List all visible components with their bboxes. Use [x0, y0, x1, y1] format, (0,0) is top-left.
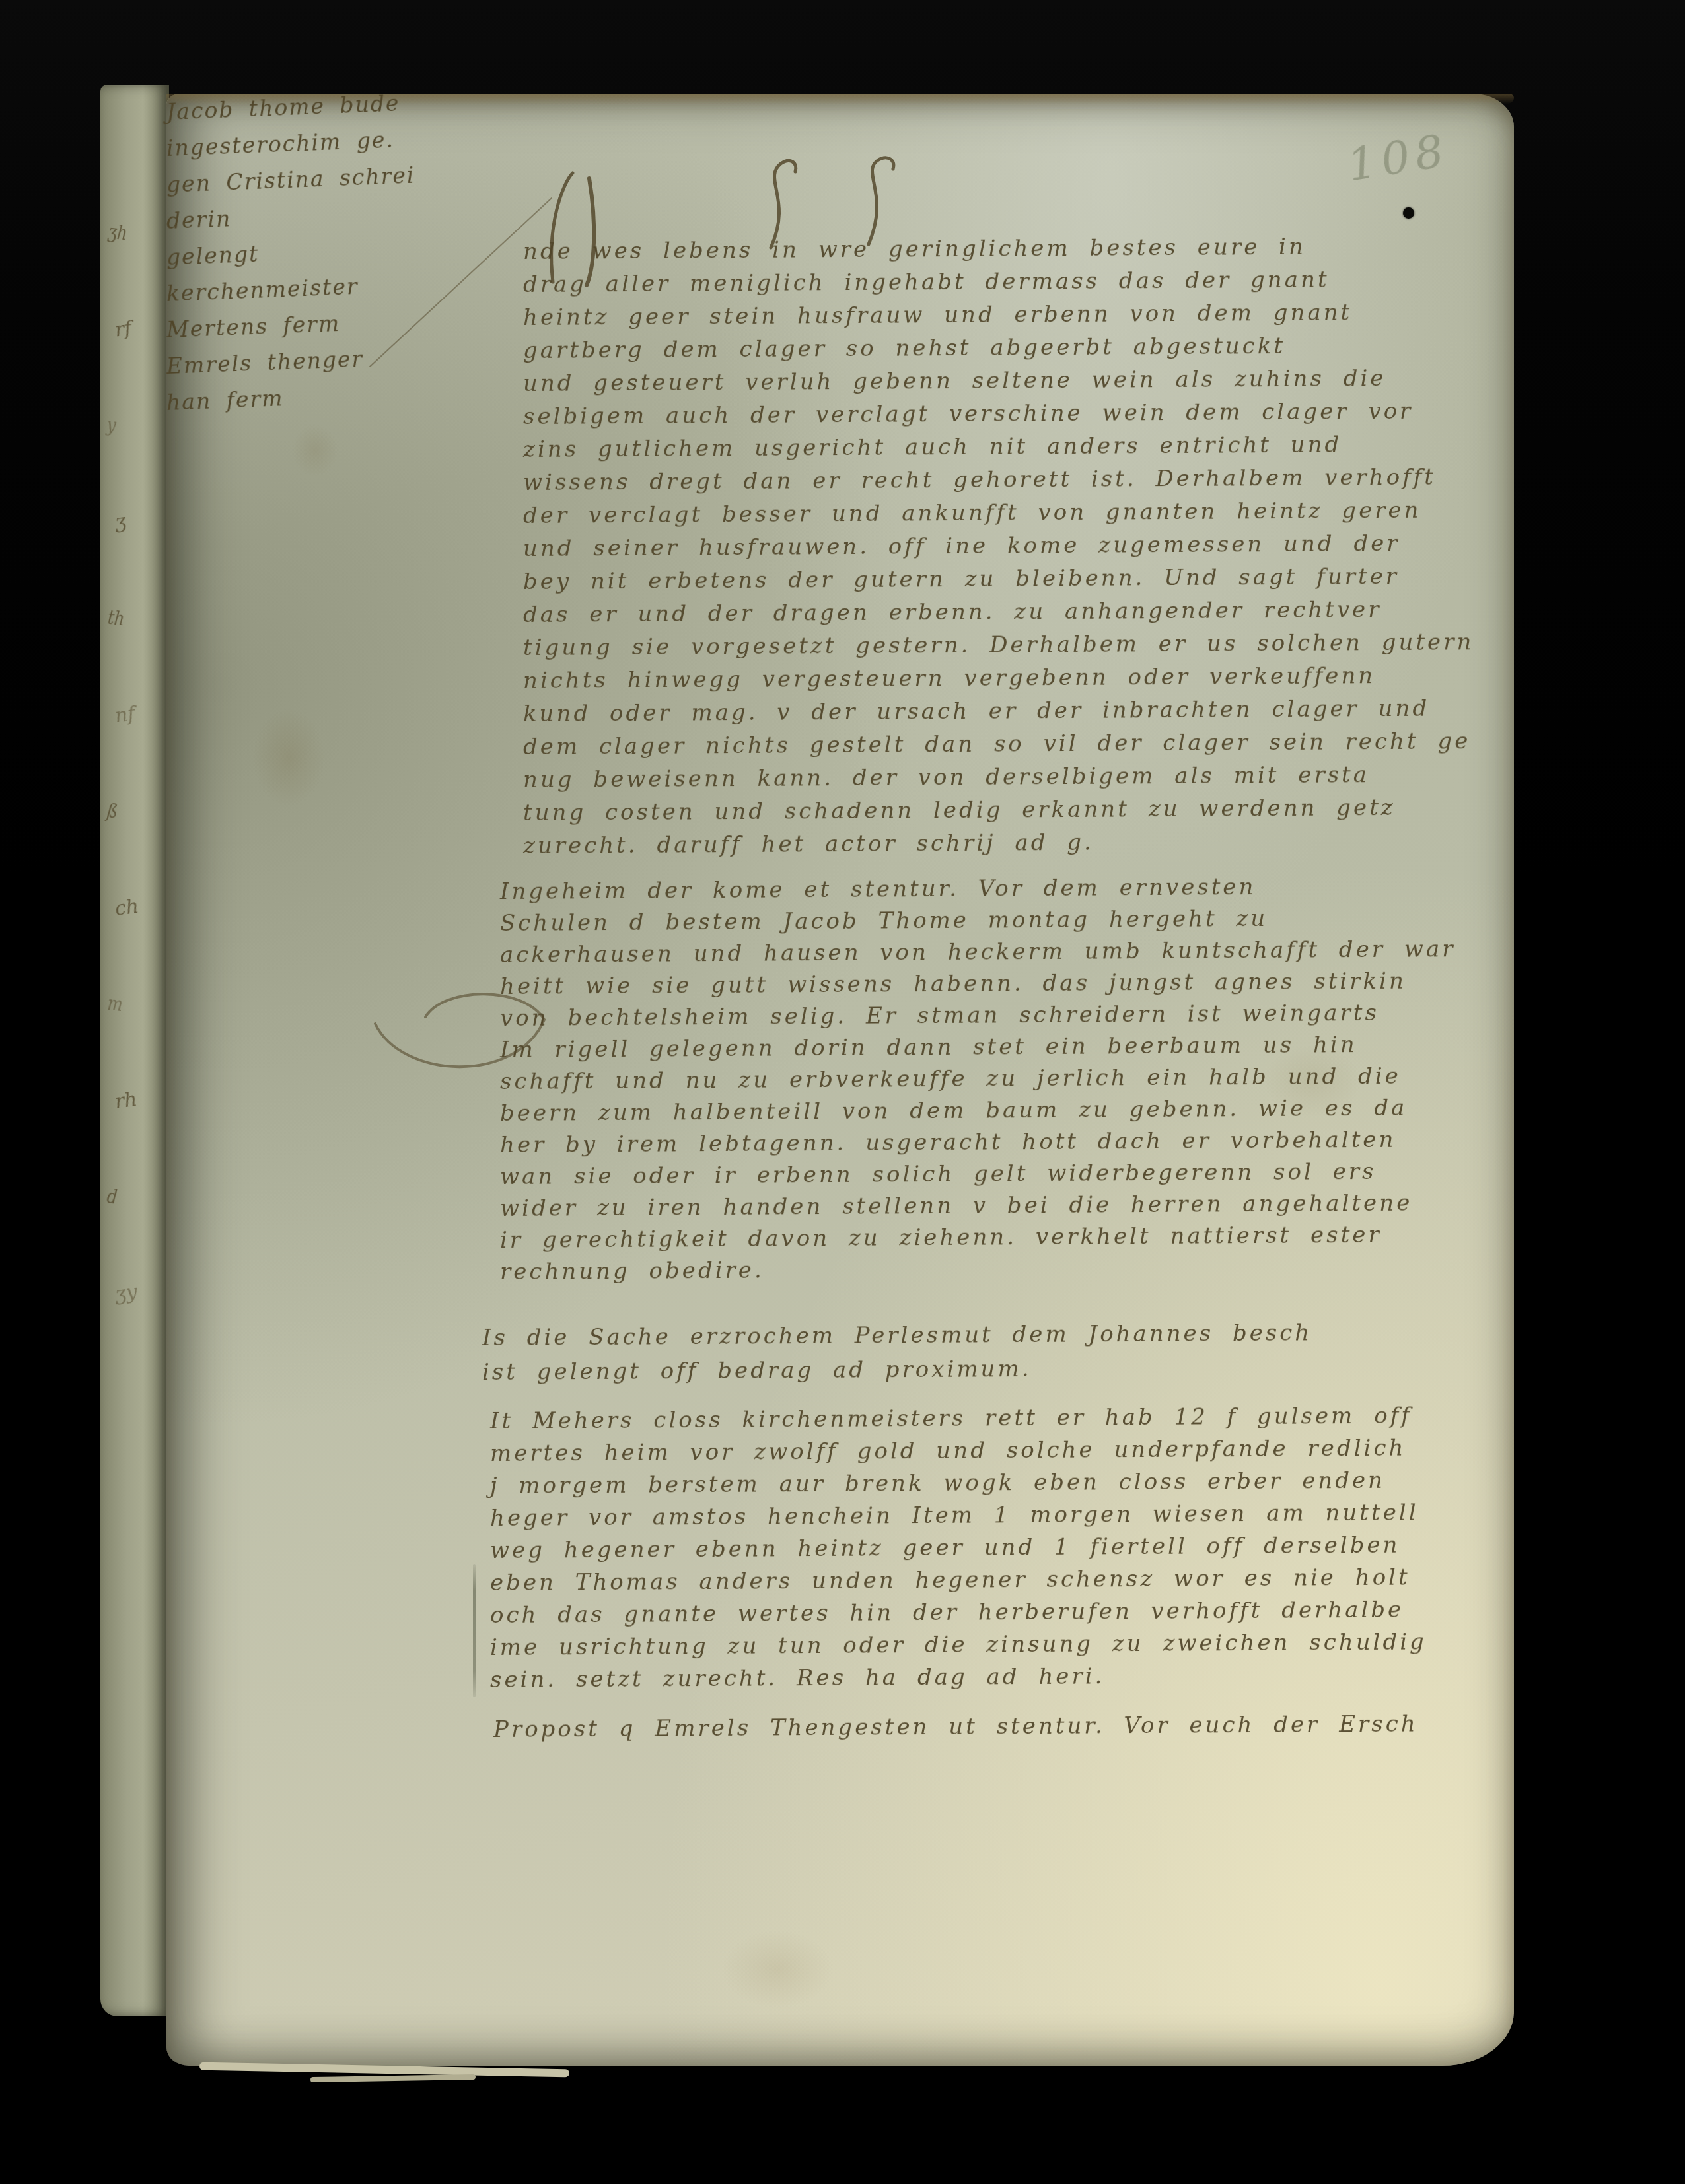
manuscript-line: och das gnante wertes hin der herberufen… — [490, 1594, 1427, 1632]
manuscript-line: It Mehers closs kirchenmeisters rett er … — [490, 1399, 1427, 1438]
manuscript-line: der verclagt besser und ankunfft von gna… — [523, 493, 1474, 532]
manuscript-line: tung costen und schadenn ledig erkannt z… — [523, 791, 1474, 829]
edge-writing-fragment: rf — [114, 318, 133, 340]
manuscript-line: Schulen d bestem Jacob Thome montag herg… — [500, 901, 1456, 939]
manuscript-line: bey nit erbetens der gutern zu bleibenn.… — [523, 559, 1474, 598]
manuscript-line: heitt wie sie gutt wissens habenn. das j… — [500, 965, 1456, 1003]
manuscript-line: wider zu iren handen stellenn v bei die … — [500, 1187, 1456, 1224]
manuscript-line: Is die Sache erzrochem Perlesmut dem Joh… — [482, 1316, 1312, 1355]
edge-writing-fragment: ʒy — [114, 1283, 139, 1305]
paper-stain — [252, 708, 325, 807]
manuscript-line: dem clager nichts gestelt dan so vil der… — [523, 724, 1474, 763]
edge-writing-fragment: ch — [114, 897, 140, 920]
manuscript-line: eben Thomas anders unden hegener schensz… — [490, 1561, 1427, 1600]
manuscript-line: wissens dregt dan er recht gehorett ist.… — [523, 460, 1474, 499]
manuscript-line: zurecht. daruff het actor schrij ad g. — [523, 824, 1474, 863]
manuscript-line: rechnung obedire. — [500, 1250, 1456, 1288]
scan-background: ʒhrfyʒthnfßchmrhdʒy 108 nde wes lebens i… — [0, 0, 1685, 2184]
manuscript-line: mertes heim vor zwolff gold und solche u… — [490, 1432, 1427, 1470]
paper-stain — [292, 424, 338, 477]
manuscript-line: weg hegener ebenn heintz geer und 1 fier… — [490, 1529, 1427, 1567]
edge-writing-fragment: m — [106, 994, 124, 1015]
manuscript-line: zins gutlichem usgericht auch nit anders… — [523, 427, 1474, 466]
manuscript-line: nug beweisenn kann. der von derselbigem … — [523, 757, 1474, 796]
facing-page-edge: ʒhrfyʒthnfßchmrhdʒy — [100, 85, 169, 2016]
manuscript-line: heger vor amstos henchein Item 1 morgen … — [490, 1497, 1427, 1535]
underlying-leaf-edge — [310, 2074, 476, 2082]
edge-writing-fragment: ß — [106, 801, 118, 822]
manuscript-line: und seiner husfrauwen. off ine kome zuge… — [523, 526, 1474, 565]
manuscript-line: ime usrichtung zu tun oder die zinsung z… — [490, 1626, 1427, 1664]
edge-writing-fragment: y — [106, 415, 117, 436]
edge-writing-fragment: ʒ — [114, 512, 127, 533]
graphite-margin-mark — [473, 1564, 476, 1697]
manuscript-line: beern zum halbenteill von dem baum zu ge… — [500, 1092, 1456, 1129]
manuscript-line: kund oder mag. v der ursach er der inbra… — [523, 691, 1474, 730]
body-text-block-2: Ingeheim der kome et stentur. Vor dem er… — [500, 876, 1455, 1288]
manuscript-line: wan sie oder ir erbenn solich gelt wider… — [500, 1155, 1456, 1193]
manuscript-line: Ingeheim der kome et stentur. Vor dem er… — [500, 870, 1456, 907]
edge-writing-fragment: d — [106, 1187, 118, 1207]
body-text-block-5: Propost q Emrels Thengesten ut stentur. … — [493, 1713, 1418, 1746]
manuscript-line: schafft und nu zu erbverkeuffe zu jerlic… — [500, 1060, 1456, 1098]
manuscript-line: Im rigell gelegenn dorin dann stet ein b… — [500, 1028, 1456, 1066]
manuscript-line: ist gelengt off bedrag ad proximum. — [482, 1350, 1312, 1390]
manuscript-line: ir gerechtigkeit davon zu ziehenn. verkh… — [500, 1218, 1456, 1256]
manuscript-line: das er und der dragen erbenn. zu anhange… — [523, 592, 1474, 631]
manuscript-line: j morgem berstem aur brenk wogk eben clo… — [490, 1464, 1427, 1502]
manuscript-line: sein. setzt zurecht. Res ha dag ad heri. — [490, 1658, 1427, 1697]
manuscript-line: nichts hinwegg vergesteuern vergebenn od… — [523, 658, 1474, 697]
edge-writing-fragment: rh — [114, 1090, 139, 1112]
manuscript-line: her by irem lebtagenn. usgeracht hott da… — [500, 1123, 1456, 1161]
manuscript-line: von bechtelsheim selig. Er stman schreid… — [500, 997, 1456, 1034]
manuscript-line: ackerhausen und hausen von heckerm umb k… — [500, 933, 1456, 971]
manuscript-page: 108 nde wes lebens in wre geringlichem b… — [166, 94, 1514, 2066]
manuscript-line: tigung sie vorgesetzt gestern. Derhalbem… — [523, 625, 1474, 664]
body-text-block-4: It Mehers closs kirchenmeisters rett er … — [490, 1405, 1427, 1697]
edge-writing-fragment: ʒh — [107, 223, 128, 244]
body-text-block-3: Is die Sache erzrochem Perlesmut dem Joh… — [482, 1321, 1312, 1390]
manuscript-line: Propost q Emrels Thengesten ut stentur. … — [493, 1707, 1418, 1746]
edge-writing-fragment: th — [107, 608, 125, 629]
edge-writing-fragment: nf — [114, 704, 136, 726]
paper-stain — [721, 1930, 834, 2009]
